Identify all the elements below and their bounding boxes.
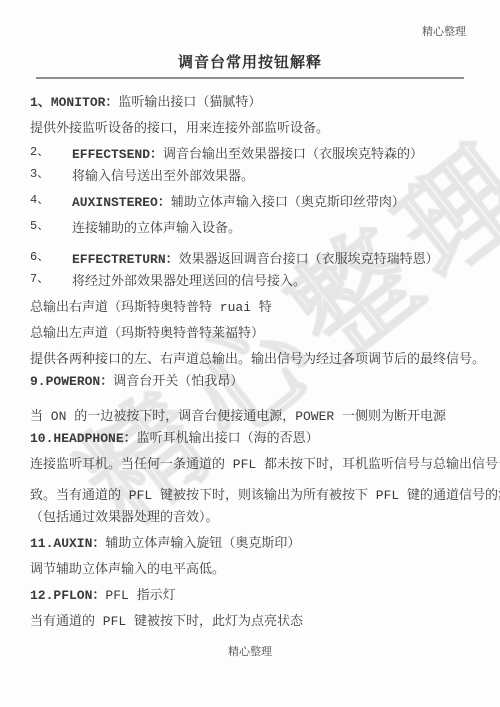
keyword: EFFECTRETURN： (72, 252, 179, 267)
line-text: 连接辅助的立体声输入设备。 (72, 221, 241, 236)
list-item-line: 10.HEADPHONE：监听耳机输出接口（海的否恩） (30, 431, 474, 446)
keyword: MONITOR： (51, 95, 119, 110)
footer-note: 精心整理 (0, 643, 500, 659)
keyword: PFLON： (53, 588, 105, 603)
document-title: 调音台常用按钮解释 (0, 51, 500, 72)
line-number: 9. (30, 374, 46, 389)
list-item-line: 6、EFFECTRETURN：效果器返回调音台接口（衣服埃克特瑞特恩） (30, 252, 474, 267)
list-item-line: 5、连接辅助的立体声输入设备。 (30, 221, 474, 236)
list-item-line: 1、MONITOR：监听输出接口（猫腻特） (30, 95, 474, 110)
line-number: 7、 (30, 272, 72, 287)
line-text: 将输入信号送出至外部效果器。 (72, 169, 254, 184)
keyword: EFFECTSEND： (72, 147, 163, 162)
keyword: HEADPHONE： (53, 431, 136, 446)
list-item-line: 9.POWERON：调音台开关（怕我昂） (30, 374, 474, 389)
line-number: 4、 (30, 193, 72, 208)
list-item-line: 7、将经过外部效果器处理送回的信号接入。 (30, 274, 474, 289)
line-number: 2、 (30, 145, 72, 160)
title-divider (36, 77, 464, 79)
paragraph-line: 当有通道的 PFL 键被按下时，此灯为点亮状态 (30, 614, 474, 629)
document-page: { "page": { "header_note": "精心整理", "foot… (0, 0, 500, 707)
list-item-line: 11.AUXIN：辅助立体声输入旋钮（奥克斯印） (30, 536, 474, 551)
paragraph-line: 提供外接监听设备的接口，用来连接外部监听设备。 (30, 121, 474, 136)
paragraph-line: 当 ON 的一边被按下时，调音台便接通电源，POWER 一侧则为断开电源 (30, 409, 474, 424)
document-lines: 1、MONITOR：监听输出接口（猫腻特）提供外接监听设备的接口，用来连接外部监… (30, 95, 474, 629)
header-note: 精心整理 (422, 23, 466, 39)
list-item-line: 3、将输入信号送出至外部效果器。 (30, 169, 474, 184)
list-item-line: 12.PFLON：PFL 指示灯 (30, 588, 474, 603)
line-number: 6、 (30, 250, 72, 265)
paragraph-line: 致。当有通道的 PFL 键被按下时，则该输出为所有被按下 PFL 键的通道信号的… (30, 488, 474, 503)
line-text: EFFECTSEND：调音台输出至效果器接口（衣服埃克特森的） (72, 147, 423, 162)
paragraph-line: 连接监听耳机。当任何一条通道的 PFL 都未按下时，耳机监听信号与总输出信号一 (30, 457, 474, 472)
keyword: AUXIN： (53, 536, 105, 551)
line-number: 11. (30, 536, 53, 551)
line-number: 3、 (30, 167, 72, 182)
paragraph-line: 总输出左声道（玛斯特奥特普特莱福特） (30, 326, 474, 341)
paragraph-line: （包括通过效果器处理的音效）。 (30, 510, 474, 525)
line-number: 10. (30, 431, 53, 446)
line-number: 12. (30, 588, 53, 603)
list-item-line: 2、EFFECTSEND：调音台输出至效果器接口（衣服埃克特森的） (30, 147, 474, 162)
paragraph-line: 调节辅助立体声输入的电平高低。 (30, 562, 474, 577)
keyword: POWERON： (46, 374, 114, 389)
keyword: AUXINSTEREO： (72, 195, 171, 210)
paragraph-line: 提供各两种接口的左、右声道总输出。输出信号为经过各项调节后的最终信号。 (30, 352, 474, 367)
line-number: 1、 (30, 95, 51, 110)
line-text: 将经过外部效果器处理送回的信号接入。 (72, 274, 306, 289)
document-body: 1、MONITOR：监听输出接口（猫腻特）提供外接监听设备的接口，用来连接外部监… (30, 95, 474, 629)
list-item-line: 4、AUXINSTEREO：辅助立体声输入接口（奥克斯印丝带肉） (30, 195, 474, 210)
line-number: 5、 (30, 219, 72, 234)
line-text: AUXINSTEREO：辅助立体声输入接口（奥克斯印丝带肉） (72, 195, 405, 210)
paragraph-line: 总输出右声道（玛斯特奥特普特 ruai 特 (30, 300, 474, 315)
line-text: EFFECTRETURN：效果器返回调音台接口（衣服埃克特瑞特恩） (72, 252, 439, 267)
